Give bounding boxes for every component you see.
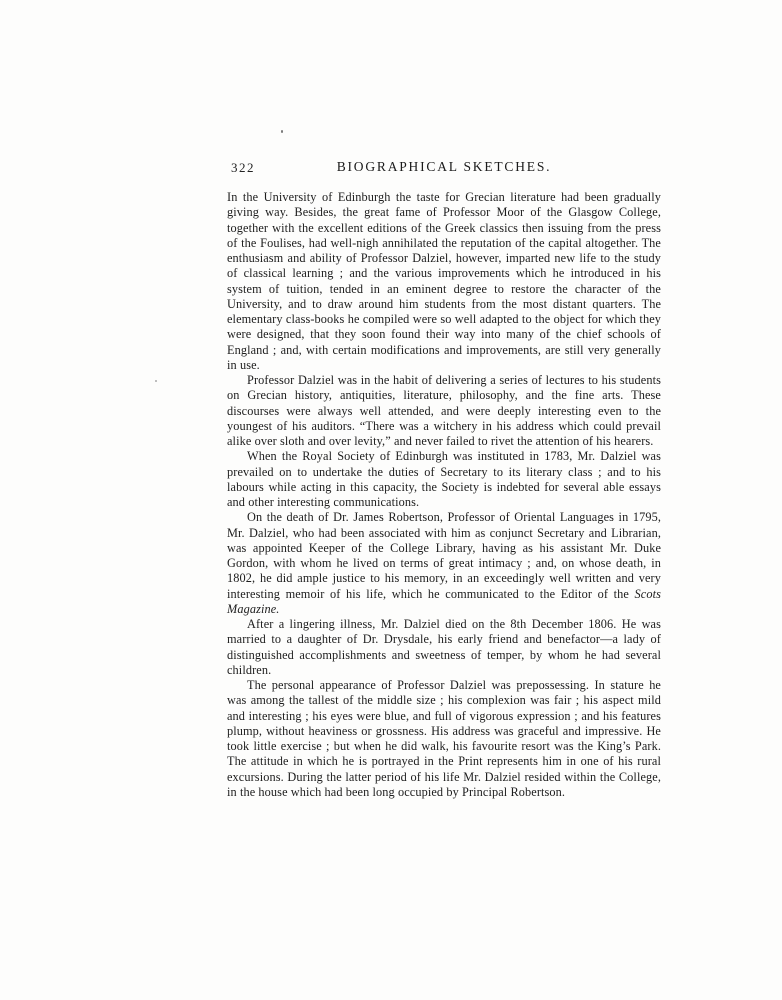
paragraph-1: In the University of Edinburgh the taste… bbox=[227, 190, 661, 373]
paragraph-3-text: When the Royal Society of Edinburgh was … bbox=[227, 449, 661, 509]
paragraph-3: When the Royal Society of Edinburgh was … bbox=[227, 449, 661, 510]
scan-speck bbox=[155, 380, 157, 382]
paragraph-1-text: In the University of Edinburgh the taste… bbox=[227, 190, 661, 372]
paragraph-4: On the death of Dr. James Robertson, Pro… bbox=[227, 510, 661, 617]
page-header: 322 BIOGRAPHICAL SKETCHES. bbox=[227, 159, 661, 175]
paragraph-6-text: The personal appearance of Professor Dal… bbox=[227, 678, 661, 799]
paragraph-2-text: Professor Dalziel was in the habit of de… bbox=[227, 373, 661, 448]
running-head-title: BIOGRAPHICAL SKETCHES. bbox=[227, 159, 661, 175]
book-page: 322 BIOGRAPHICAL SKETCHES. In the Univer… bbox=[227, 159, 661, 800]
paragraph-4-text: On the death of Dr. James Robertson, Pro… bbox=[227, 510, 661, 600]
scan-speck bbox=[281, 130, 283, 133]
paragraph-2: Professor Dalziel was in the habit of de… bbox=[227, 373, 661, 449]
paragraph-5: After a lingering illness, Mr. Dalziel d… bbox=[227, 617, 661, 678]
paragraph-5-text: After a lingering illness, Mr. Dalziel d… bbox=[227, 617, 661, 677]
page-number: 322 bbox=[231, 160, 255, 176]
paragraph-6: The personal appearance of Professor Dal… bbox=[227, 678, 661, 800]
page-body: In the University of Edinburgh the taste… bbox=[227, 190, 661, 800]
